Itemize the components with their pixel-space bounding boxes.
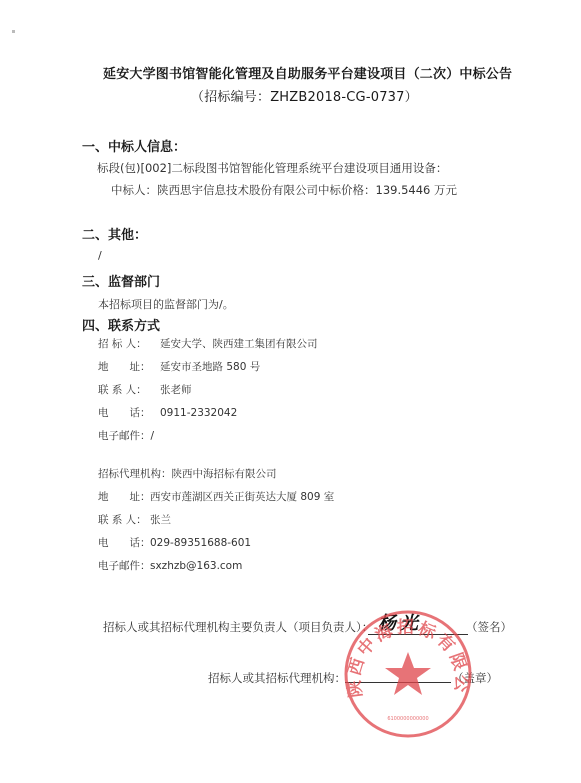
tenderer-name: 延安大学、陕西建工集团有限公司 — [160, 338, 318, 350]
seal-icon: 陕西中海招标有限公司 6100000000000 — [342, 608, 474, 740]
tenderer-email: / — [151, 430, 155, 442]
tenderer-address: 延安市圣地路 580 号 — [160, 361, 260, 373]
tenderer-email-label: 电子邮件： — [98, 430, 151, 442]
agency-phone-row: 电 话：029-89351688-601 — [98, 535, 251, 550]
agency-contact: 张兰 — [150, 514, 171, 526]
tenderer-address-row: 地 址：延安市圣地路 580 号 — [98, 359, 260, 374]
agency-name-row: 招标代理机构：陕西中海招标有限公司 — [98, 466, 277, 481]
price-value: 139.5446 万元 — [376, 183, 458, 197]
document-subtitle: （招标编号：ZHZB2018-CG-0737） — [191, 86, 418, 105]
company-seal: 陕西中海招标有限公司 6100000000000 — [342, 608, 474, 740]
tenderer-phone-row: 电 话：0911-2332042 — [98, 405, 237, 420]
lot-description: 标段(包)[002]二标段图书馆智能化管理系统平台建设项目通用设备： — [97, 160, 447, 176]
signature-line2-label: 招标人或其招标代理机构： — [208, 670, 346, 686]
tenderer-contact: 张老师 — [160, 384, 192, 396]
tenderer-name-row: 招 标 人：延安大学、陕西建工集团有限公司 — [98, 336, 318, 351]
section-4-heading: 四、联系方式 — [82, 315, 160, 334]
agency-name: 陕西中海招标有限公司 — [172, 468, 277, 480]
section-2-heading: 二、其他： — [82, 224, 147, 243]
agency-address: 西安市莲湖区西关正街英达大厦 809 室 — [150, 491, 334, 503]
agency-name-label: 招标代理机构： — [98, 468, 172, 480]
scan-speck — [12, 30, 15, 33]
tenderer-contact-label: 联 系 人： — [98, 382, 160, 397]
section-3-body: 本招标项目的监督部门为/。 — [98, 296, 234, 312]
agency-email-row: 电子邮件：sxzhzb@163.com — [98, 558, 242, 573]
section-2-body: / — [98, 249, 102, 262]
tenderer-phone: 0911-2332042 — [160, 407, 237, 419]
agency-contact-label: 联 系 人： — [98, 512, 150, 527]
price-line: 中标价格：139.5446 万元 — [318, 182, 457, 198]
winner-line: 中标人：陕西思宇信息技术股份有限公司 — [111, 182, 318, 198]
agency-phone-label: 电 话： — [98, 535, 150, 550]
svg-text:6100000000000: 6100000000000 — [387, 716, 428, 722]
document-title: 延安大学图书馆智能化管理及自助服务平台建设项目（二次）中标公告 — [103, 63, 512, 82]
signature-line1-label: 招标人或其招标代理机构主要负责人（项目负责人）： — [103, 619, 373, 635]
tenderer-contact-row: 联 系 人：张老师 — [98, 382, 192, 397]
tenderer-address-label: 地 址： — [98, 359, 160, 374]
agency-address-row: 地 址：西安市莲湖区西关正街英达大厦 809 室 — [98, 489, 334, 504]
tenderer-phone-label: 电 话： — [98, 405, 160, 420]
agency-contact-row: 联 系 人：张兰 — [98, 512, 171, 527]
agency-address-label: 地 址： — [98, 489, 150, 504]
agency-email: sxzhzb@163.com — [150, 560, 242, 572]
agency-email-label: 电子邮件： — [98, 558, 150, 573]
agency-phone: 029-89351688-601 — [150, 537, 251, 549]
winner-name: 陕西思宇信息技术股份有限公司 — [157, 183, 318, 197]
tenderer-name-label: 招 标 人： — [98, 336, 160, 351]
section-3-heading: 三、监督部门 — [82, 271, 160, 290]
tenderer-email-row: 电子邮件：/ — [98, 428, 154, 443]
price-label: 中标价格： — [318, 183, 376, 197]
winner-label: 中标人： — [111, 183, 157, 197]
section-1-heading: 一、中标人信息： — [82, 136, 186, 155]
